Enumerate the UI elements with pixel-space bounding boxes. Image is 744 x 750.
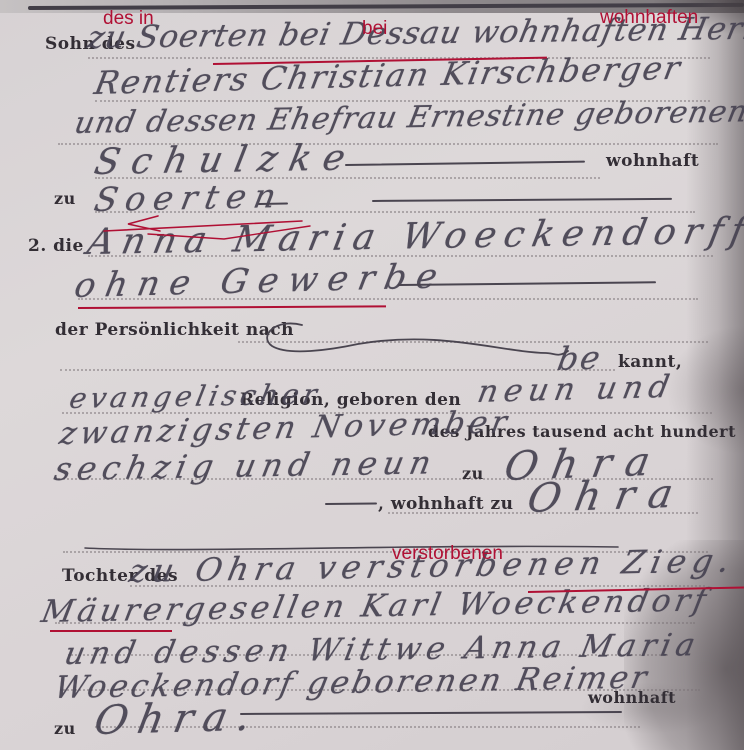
handwriting-line-4: Schulzke <box>91 137 361 183</box>
document-scan: Sohn des wohnhaft zu 2. die der Persönli… <box>0 0 744 750</box>
red-underline-line15 <box>50 630 172 632</box>
printed-zu-1: zu <box>54 189 76 208</box>
annotation-wohnhaften: wohnhaften <box>600 7 698 29</box>
printed-wohnhaft-zu: , wohnhaft zu <box>378 494 514 514</box>
handwriting-ohra-2: Ohra <box>524 471 691 522</box>
annotation-bei: bei <box>362 18 387 40</box>
red-underline-gewerbe <box>78 305 386 309</box>
annotation-verstorbenen: verstorbenen <box>392 543 503 565</box>
printed-wohnhaft-1: wohnhaft <box>606 151 699 171</box>
ruled-line <box>60 369 615 371</box>
flourish-stroke <box>267 323 568 354</box>
handwriting-line-5: Soerten <box>91 176 287 219</box>
printed-zu-2: zu <box>462 464 484 483</box>
ruled-line <box>238 341 708 343</box>
handwriting-line-12: sechzig und neun <box>51 443 440 488</box>
annotation-des-in: des in <box>103 8 154 30</box>
handwriting-ohra-3: Ohra. <box>91 694 265 744</box>
printed-die-2: 2. die <box>28 236 84 256</box>
filler-dash <box>345 161 585 166</box>
printed-persoenlichkeit: der Persönlichkeit nach <box>55 320 294 340</box>
filler-dash <box>325 503 377 505</box>
filler-dash <box>372 198 672 202</box>
printed-zu-3: zu <box>54 719 76 738</box>
filler-dash <box>258 202 288 205</box>
filler-dash <box>240 711 622 715</box>
